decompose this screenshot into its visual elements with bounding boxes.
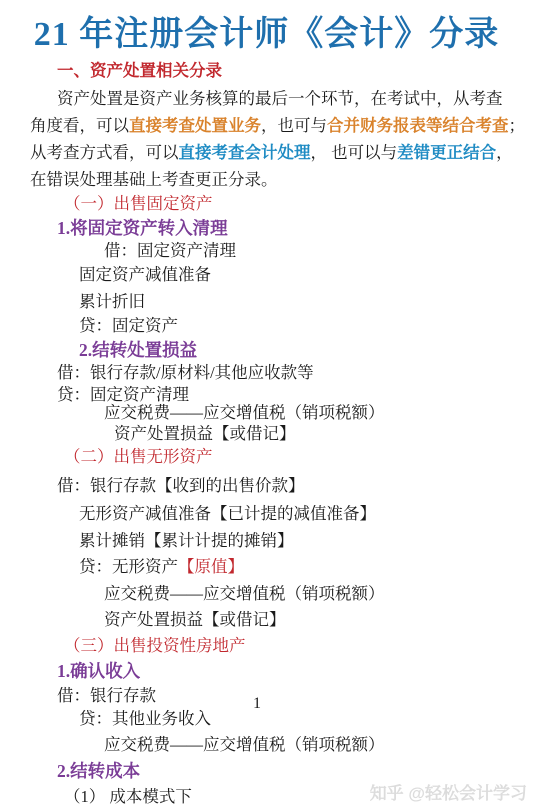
text-run: 1.确认收入 [57, 661, 140, 681]
text-run: （三）出售投资性房地产 [64, 636, 246, 655]
text-run: 借：银行存款/原材料/其他应收款等 [57, 363, 314, 382]
doc-line: 借：银行存款【收到的出售价款】 [57, 476, 305, 497]
doc-line: 资产处置是资产业务核算的最后一个环节，在考试中，从考查 [57, 89, 503, 110]
doc-line: 应交税费——应交增值税（销项税额） [104, 403, 385, 424]
text-run: ； [509, 116, 526, 135]
doc-line: 在错误处理基础上考查更正分录。 [30, 170, 278, 191]
text-run: 贷：固定资产清理 [57, 385, 189, 404]
doc-line: 角度看，可以直接考查处置业务，也可与合并财务报表等结合考查； [30, 116, 525, 137]
text-run: 贷：固定资产 [79, 316, 178, 335]
text-run: 差错更正结合 [397, 143, 496, 162]
text-run: 应交税费——应交增值税（销项税额） [104, 403, 385, 422]
text-run: 借：银行存款【收到的出售价款】 [57, 476, 305, 495]
doc-line: （二）出售无形资产 [64, 447, 213, 468]
text-run: 直接考查会计处理 [179, 143, 311, 162]
text-run: 2.结转处置损益 [79, 340, 197, 360]
doc-line: 1.将固定资产转入清理 [57, 218, 228, 240]
doc-line: 贷：其他业务收入 [79, 709, 211, 730]
text-run: 2.结转成本 [57, 761, 140, 781]
text-run: 借：银行存款 [57, 686, 156, 705]
text-run: 在错误处理基础上考查更正分录。 [30, 170, 278, 189]
text-run: 直接考查处置业务 [129, 116, 261, 135]
doc-line: 应交税费——应交增值税（销项税额） [104, 735, 385, 756]
text-run: ，也可与 [261, 116, 327, 135]
doc-line: （一）出售固定资产 [64, 194, 213, 215]
doc-line: 贷：无形资产【原值】 [79, 557, 244, 578]
text-run: 借：固定资产清理 [104, 241, 236, 260]
text-run: ， [496, 143, 513, 162]
doc-line: 1.确认收入 [57, 661, 140, 683]
doc-line: 2.结转处置损益 [79, 340, 197, 362]
doc-line: 累计折旧 [79, 292, 145, 313]
doc-line: （1） 成本模式下 [64, 787, 192, 808]
doc-line: （三）出售投资性房地产 [64, 636, 246, 657]
doc-line: 资产处置损益【或借记】 [104, 610, 286, 631]
document-page: 21 年注册会计师《会计》分录 一、资产处置相关分录资产处置是资产业务核算的最后… [0, 0, 533, 809]
text-run: 应交税费——应交增值税（销项税额） [104, 735, 385, 754]
text-run: 【原值】 [178, 557, 244, 576]
doc-line: 贷：固定资产 [79, 316, 178, 337]
text-run: 贷：无形资产 [79, 557, 178, 576]
text-run: 一、资产处置相关分录 [57, 61, 222, 80]
watermark: 知乎 @轻松会计学习 [370, 779, 527, 804]
doc-line: 借：银行存款/原材料/其他应收款等 [57, 363, 314, 384]
text-run: 资产处置损益【或借记】 [104, 610, 286, 629]
text-run: （1） 成本模式下 [64, 787, 192, 806]
text-run: （二）出售无形资产 [64, 447, 213, 466]
text-run: 资产处置是资产业务核算的最后一个环节，在考试中，从考查 [57, 89, 503, 108]
doc-line: 固定资产减值准备 [79, 265, 211, 286]
text-run: 合并财务报表等结合考查 [327, 116, 509, 135]
text-run: 累计摊销【累计计提的摊销】 [79, 531, 294, 550]
text-run: 累计折旧 [79, 292, 145, 311]
text-run: 1.将固定资产转入清理 [57, 218, 228, 238]
doc-line: 借：固定资产清理 [104, 241, 236, 262]
text-run: （一）出售固定资产 [64, 194, 213, 213]
text-run: 贷：其他业务收入 [79, 709, 211, 728]
text-run: 应交税费——应交增值税（销项税额） [104, 584, 385, 603]
doc-line: 借：银行存款 [57, 686, 156, 707]
document-body: 一、资产处置相关分录资产处置是资产业务核算的最后一个环节，在考试中，从考查角度看… [0, 0, 533, 809]
doc-line: 从考查方式看，可以直接考查会计处理， 也可以与差错更正结合， [30, 143, 513, 164]
doc-line: 2.结转成本 [57, 761, 140, 783]
text-run: 固定资产减值准备 [79, 265, 211, 284]
page-number: 1 [253, 695, 261, 713]
doc-line: 应交税费——应交增值税（销项税额） [104, 584, 385, 605]
doc-line: 一、资产处置相关分录 [57, 61, 222, 82]
doc-line: 资产处置损益【或借记】 [114, 424, 296, 445]
doc-line: 累计摊销【累计计提的摊销】 [79, 531, 294, 552]
text-run: 角度看，可以 [30, 116, 129, 135]
text-run: ， 也可以与 [311, 143, 398, 162]
text-run: 从考查方式看，可以 [30, 143, 179, 162]
doc-line: 无形资产减值准备【已计提的减值准备】 [79, 504, 376, 525]
text-run: 无形资产减值准备【已计提的减值准备】 [79, 504, 376, 523]
text-run: 资产处置损益【或借记】 [114, 424, 296, 443]
